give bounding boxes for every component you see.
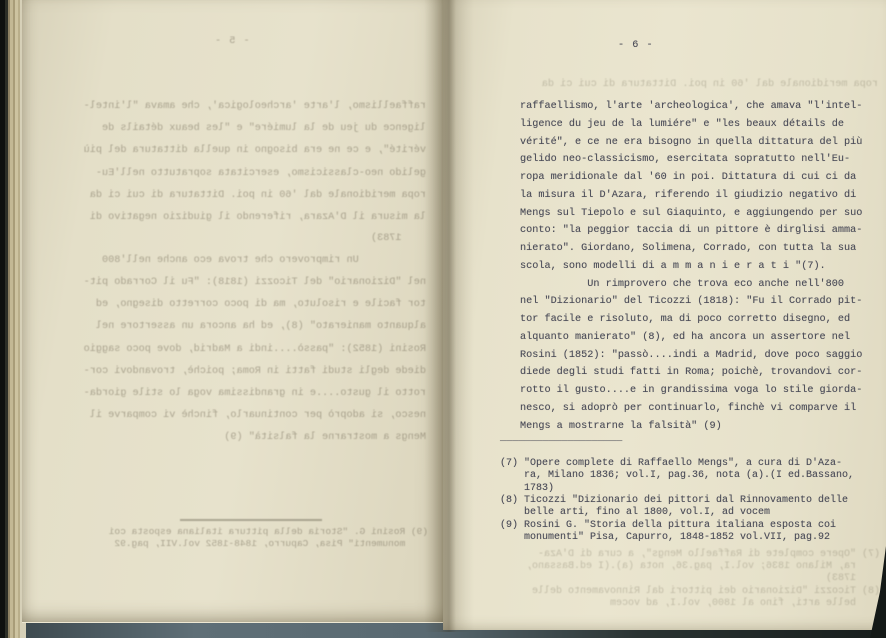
typewritten-line: Rosini (1852): "passò....indi a Madrid, … (520, 347, 872, 365)
footnote-line: belle arti, fino al 1800, vol.I, ad voce… (500, 507, 880, 519)
typewritten-line: nel "Dizionario" del Ticozzi (1818): "Fu… (520, 293, 872, 311)
footnote-line: ra, Milano 1836; vol.I, pag.36, nota (a)… (500, 470, 880, 482)
bleed-through-line: (7) "Opere complete di Raffaello Mengs",… (555, 549, 880, 561)
typewritten-line: raffaellismo, l'arte 'archeologica', che… (520, 98, 872, 116)
left-page-number: - 5 - (214, 36, 250, 47)
typewritten-line: Un rimprovero che trova eco anche nell'8… (520, 276, 872, 294)
footnote-line: (7) "Opere complete di Raffaello Mengs",… (500, 458, 880, 470)
bleed-through-line: nesco, si adoprò per continuarlo, finchè… (60, 405, 426, 427)
bleed-through-line: Un rimprovero che trova eco anche nell'8… (60, 250, 426, 272)
typewritten-line: conto: "la peggior taccia di un pittore … (520, 222, 872, 240)
bleed-through-line: ra, Milano 1836; vol.I, pag.36, nota (a)… (555, 561, 880, 573)
left-page: - 5 - raffaellismo, l'arte 'archeologica… (22, 0, 443, 622)
typewritten-body: raffaellismo, l'arte 'archeologica', che… (520, 98, 872, 435)
bleed-through-line: raffaellismo, l'arte 'archeologica', che… (60, 96, 426, 118)
typewritten-line: la misura il D'Azara, riferendo il giudi… (520, 187, 872, 205)
bleed-through-line: nel "Dizionario" del Ticozzi (1818): "Fu… (60, 272, 426, 294)
bleed-through-footnote-block: (7) "Opere complete di Raffaello Mengs",… (555, 549, 880, 610)
bleed-through-line: ligence du jeu de la lumiére" e "les bea… (60, 118, 426, 140)
bleed-through-line: 1783) (555, 573, 880, 585)
typewritten-line: rotto il gusto....e in grandissima voga … (520, 382, 872, 400)
typewritten-line: ropa meridionale dal '60 in poi. Dittatu… (520, 169, 872, 187)
footnote-line: 1783) (500, 483, 880, 495)
bleed-through-line: alquanto manierato" (8), ed ha ancora un… (60, 316, 426, 338)
bleed-through-text-block: 1783) (60, 228, 426, 250)
scanned-book-spread: - 5 - raffaellismo, l'arte 'archeologica… (0, 0, 886, 638)
bleed-through-line: (8) Ticozzi "Dizionario dei pittori dal … (555, 586, 880, 598)
footnote-line: (8) Ticozzi "Dizionario dei pittori dal … (500, 495, 880, 507)
bleed-through-line: la misura il D'Azara, riferendo il giudi… (60, 207, 426, 229)
typewritten-line: gelido neo-classicismo, esercitata sopra… (520, 151, 872, 169)
bleed-through-line: ropa meridionale dal '60 in poi. Dittatu… (538, 76, 878, 93)
typewritten-line: tor facile e risoluto, ma di poco corret… (520, 311, 872, 329)
bleed-through-line: belle arti, fino al 1800, vol.I, ad voce… (555, 598, 880, 610)
bleed-through-line: Mengs a mostrarne la falsità" (9) (60, 427, 426, 449)
bleed-through-text-block: Un rimprovero che trova eco anche nell'8… (60, 250, 426, 272)
bleed-through-text-block: raffaellismo, l'arte 'archeologica', che… (60, 96, 426, 229)
bleed-through-line: Rosini (1852): "passò....indi a Madrid, … (60, 339, 426, 361)
typewritten-line: nesco, si adoprò per continuarlo, finchè… (520, 400, 872, 418)
footnote-line: (9) Rosini G. "Storia della pittura ital… (500, 520, 880, 532)
bleed-through-line: tor facile e risoluto, ma di poco corret… (60, 294, 426, 316)
bleed-through-footnote-block: (9) Rosini G. "Storia della pittura ital… (62, 526, 428, 551)
typewritten-line: Mengs sul Tiepolo e sul Giaquinto, e agg… (520, 205, 872, 223)
footnote-line: monumenti" Pisa, Capurro, 1848-1852 vol.… (500, 532, 880, 544)
bleed-through-line: monumenti" Pisa, Capurro, 1848-1852 vol.… (62, 538, 428, 550)
bleed-through-footnote-rule (180, 519, 322, 521)
typewritten-line: scola, sono modelli di a m m a n i e r a… (520, 258, 872, 276)
bleed-through-line: vérité", e ce ne era bisogno in quella d… (60, 140, 426, 162)
bleed-through-line: 1783) (60, 228, 426, 250)
bleed-through-line: diede degli studi fatti in Roma; poichè,… (60, 361, 426, 383)
footnotes: (7) "Opere complete di Raffaello Mengs",… (500, 458, 880, 544)
right-page: - 6 - ropa meridionale dal '60 in poi. D… (443, 0, 886, 630)
bleed-through-line: (9) Rosini G. "Storia della pittura ital… (62, 526, 428, 538)
bleed-through-line: rotto il gusto....e in grandissima voga … (60, 383, 426, 405)
typewritten-line: diede degli studi fatti in Roma; poichè,… (520, 364, 872, 382)
footnote-separator: ____________________ (500, 432, 622, 446)
bleed-through-text-block: ropa meridionale dal '60 in poi. Dittatu… (538, 76, 878, 93)
bleed-through-text-block: nel "Dizionario" del Ticozzi (1818): "Fu… (60, 272, 426, 450)
typewritten-line: vérité", e ce ne era bisogno in quella d… (520, 134, 872, 152)
typewritten-line: ligence du jeu de la lumiére" e "les bea… (520, 116, 872, 134)
bleed-through-line: gelido neo-classicismo, esercitata sopra… (60, 163, 426, 185)
typewritten-line: alquanto manierato" (8), ed ha ancora un… (520, 329, 872, 347)
right-page-number: - 6 - (618, 40, 654, 51)
typewritten-line: nierato". Giordano, Solimena, Corrado, c… (520, 240, 872, 258)
bleed-through-line: ropa meridionale dal '60 in poi. Dittatu… (60, 185, 426, 207)
